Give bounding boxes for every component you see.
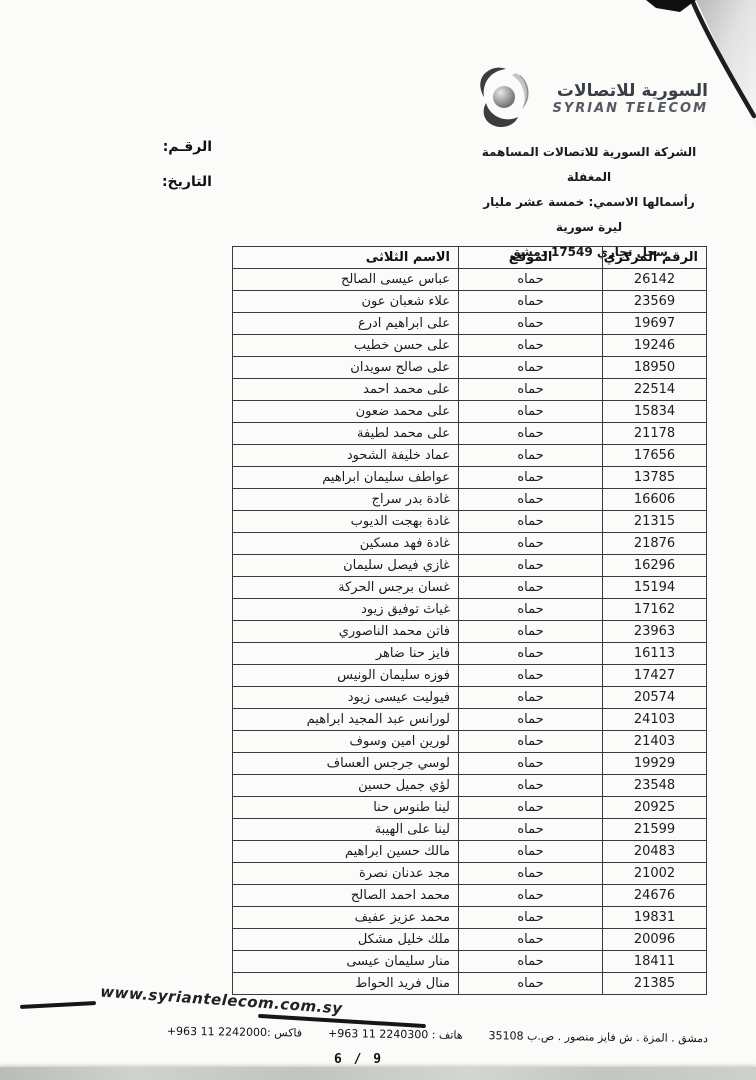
full-name-cell: على محمد احمد <box>233 379 459 401</box>
location-cell: حماه <box>459 401 603 423</box>
table-row: 21876 حماه غادة فهد مسكين <box>233 533 707 555</box>
table-row: 22514 حماه على محمد احمد <box>233 379 707 401</box>
location-cell: حماه <box>459 753 603 775</box>
table-row: 15194 حماه غسان برجس الحركة <box>233 577 707 599</box>
full-name-cell: غازي فيصل سليمان <box>233 555 459 577</box>
central-number-cell: 21178 <box>603 423 707 445</box>
table-row: 19246 حماه على حسن خطيب <box>233 335 707 357</box>
table-row: 18950 حماه على صالح سويدان <box>233 357 707 379</box>
location-cell: حماه <box>459 379 603 401</box>
full-name-cell: منال فريد الحواط <box>233 973 459 995</box>
full-name-cell: علاء شعبان عون <box>233 291 459 313</box>
table-row: 17427 حماه فوزه سليمان الونيس <box>233 665 707 687</box>
central-number-cell: 19697 <box>603 313 707 335</box>
scanned-document-page: { "colors": { "table_border": "#3a3a3a",… <box>0 0 756 1080</box>
central-number-cell: 16113 <box>603 643 707 665</box>
central-number-cell: 19929 <box>603 753 707 775</box>
central-number-cell: 20096 <box>603 929 707 951</box>
full-name-cell: على صالح سويدان <box>233 357 459 379</box>
full-name-cell: لورانس عبد المجيد ابراهيم <box>233 709 459 731</box>
central-number-cell: 18411 <box>603 951 707 973</box>
table-row: 26142 حماه عباس عيسى الصالح <box>233 269 707 291</box>
table-row: 13785 حماه عواطف سليمان ابراهيم <box>233 467 707 489</box>
location-cell: حماه <box>459 357 603 379</box>
full-name-cell: لينا على الهيبة <box>233 819 459 841</box>
central-number-cell: 23548 <box>603 775 707 797</box>
location-cell: حماه <box>459 511 603 533</box>
full-name-cell: محمد عزيز عفيف <box>233 907 459 929</box>
table-row: 24103 حماه لورانس عبد المجيد ابراهيم <box>233 709 707 731</box>
footer-fax: فاكس :+963 11 2242000 <box>167 1025 302 1040</box>
location-cell: حماه <box>459 775 603 797</box>
table-row: 23548 حماه لؤي جميل حسين <box>233 775 707 797</box>
scanner-edge-band <box>0 1067 756 1080</box>
table-row: 23569 حماه علاء شعبان عون <box>233 291 707 313</box>
table-row: 18411 حماه منار سليمان عيسى <box>233 951 707 973</box>
central-number-cell: 20925 <box>603 797 707 819</box>
location-cell: حماه <box>459 973 603 995</box>
table-row: 16113 حماه فايز حنا ضاهر <box>233 643 707 665</box>
central-number-cell: 21002 <box>603 863 707 885</box>
full-name-cell: منار سليمان عيسى <box>233 951 459 973</box>
location-cell: حماه <box>459 709 603 731</box>
full-name-cell: فايز حنا ضاهر <box>233 643 459 665</box>
table-row: 17162 حماه غياث توفيق زيود <box>233 599 707 621</box>
location-cell: حماه <box>459 863 603 885</box>
location-cell: حماه <box>459 335 603 357</box>
full-name-cell: فاتن محمد الناصوري <box>233 621 459 643</box>
central-number-cell: 18950 <box>603 357 707 379</box>
location-cell: حماه <box>459 929 603 951</box>
full-name-cell: لؤي جميل حسين <box>233 775 459 797</box>
location-cell: حماه <box>459 467 603 489</box>
table-row: 21178 حماه على محمد لطيفة <box>233 423 707 445</box>
full-name-cell: عباس عيسى الصالح <box>233 269 459 291</box>
table-row: 15834 حماه على محمد ضعون <box>233 401 707 423</box>
table-row: 23963 حماه فاتن محمد الناصوري <box>233 621 707 643</box>
full-name-cell: محمد احمد الصالح <box>233 885 459 907</box>
central-number-cell: 21403 <box>603 731 707 753</box>
full-name-cell: على محمد لطيفة <box>233 423 459 445</box>
footer-address: دمشق . المزة . ش فايز منصور . ص.ب 35108 <box>488 1029 708 1045</box>
central-number-cell: 17162 <box>603 599 707 621</box>
full-name-cell: على حسن خطيب <box>233 335 459 357</box>
central-number-cell: 15194 <box>603 577 707 599</box>
location-cell: حماه <box>459 423 603 445</box>
full-name-cell: غادة بدر سراج <box>233 489 459 511</box>
footer-rule-left <box>20 1001 96 1008</box>
location-cell: حماه <box>459 313 603 335</box>
location-cell: حماه <box>459 797 603 819</box>
full-name-cell: فيوليت عيسى زيود <box>233 687 459 709</box>
full-name-cell: مجد عدنان نصرة <box>233 863 459 885</box>
location-cell: حماه <box>459 577 603 599</box>
full-name-cell: لورين امين وسوف <box>233 731 459 753</box>
central-number-cell: 21876 <box>603 533 707 555</box>
table-row: 21403 حماه لورين امين وسوف <box>233 731 707 753</box>
full-name-cell: عواطف سليمان ابراهيم <box>233 467 459 489</box>
central-number-cell: 23963 <box>603 621 707 643</box>
central-number-cell: 24676 <box>603 885 707 907</box>
location-cell: حماه <box>459 885 603 907</box>
table-header-row: الرقم المركزي الموقع الاسم الثلاثى <box>233 247 707 269</box>
central-number-cell: 17427 <box>603 665 707 687</box>
full-name-cell: غسان برجس الحركة <box>233 577 459 599</box>
central-number-cell: 21599 <box>603 819 707 841</box>
central-number-cell: 20483 <box>603 841 707 863</box>
central-number-cell: 19831 <box>603 907 707 929</box>
table-row: 21002 حماه مجد عدنان نصرة <box>233 863 707 885</box>
location-cell: حماه <box>459 291 603 313</box>
central-number-cell: 26142 <box>603 269 707 291</box>
full-name-cell: على محمد ضعون <box>233 401 459 423</box>
full-name-cell: على ابراهيم ادرع <box>233 313 459 335</box>
full-name-cell: عماد خليفة الشحود <box>233 445 459 467</box>
central-number-cell: 16296 <box>603 555 707 577</box>
page-indicator: 6 / 9 <box>334 1052 383 1067</box>
location-cell: حماه <box>459 643 603 665</box>
full-name-cell: فوزه سليمان الونيس <box>233 665 459 687</box>
table-row: 24676 حماه محمد احمد الصالح <box>233 885 707 907</box>
footer-contact-line: دمشق . المزة . ش فايز منصور . ص.ب 35108 … <box>108 1024 708 1045</box>
swirl-globe-icon <box>476 65 534 131</box>
table-body: 26142 حماه عباس عيسى الصالح 23569 حماه ع… <box>233 269 707 995</box>
central-number-cell: 19246 <box>603 335 707 357</box>
table-row: 21385 حماه منال فريد الحواط <box>233 973 707 995</box>
table-row: 20096 حماه ملك خليل مشكل <box>233 929 707 951</box>
location-cell: حماه <box>459 445 603 467</box>
location-cell: حماه <box>459 599 603 621</box>
header-central-number: الرقم المركزي <box>603 247 707 269</box>
table-row: 20925 حماه لينا طنوس حنا <box>233 797 707 819</box>
central-number-cell: 16606 <box>603 489 707 511</box>
central-number-cell: 20574 <box>603 687 707 709</box>
location-cell: حماه <box>459 907 603 929</box>
logo-arabic-wordmark: السورية للاتصالات <box>540 81 708 101</box>
header-full-name: الاسم الثلاثى <box>233 247 459 269</box>
location-cell: حماه <box>459 687 603 709</box>
table-row: 16296 حماه غازي فيصل سليمان <box>233 555 707 577</box>
footer-phone: هاتف : +963 11 2240300 <box>328 1027 463 1042</box>
date-label: التاريخ: <box>142 165 212 200</box>
central-number-cell: 21385 <box>603 973 707 995</box>
table-row: 19831 حماه محمد عزيز عفيف <box>233 907 707 929</box>
central-number-cell: 23569 <box>603 291 707 313</box>
table-row: 19697 حماه على ابراهيم ادرع <box>233 313 707 335</box>
header-location: الموقع <box>459 247 603 269</box>
full-name-cell: لوسي جرجس العساف <box>233 753 459 775</box>
company-capital: رأسمالها الاسمي: خمسة عشر مليار ليرة سور… <box>470 190 708 240</box>
location-cell: حماه <box>459 951 603 973</box>
syrian-telecom-logo: السورية للاتصالات SYRIAN TELECOM <box>476 62 708 134</box>
location-cell: حماه <box>459 665 603 687</box>
table-row: 21315 حماه غادة بهجت الديوب <box>233 511 707 533</box>
reference-block: الرقـم: التاريخ: <box>142 130 212 200</box>
location-cell: حماه <box>459 819 603 841</box>
logo-english-wordmark: SYRIAN TELECOM <box>540 101 708 116</box>
table-row: 20574 حماه فيوليت عيسى زيود <box>233 687 707 709</box>
central-number-cell: 13785 <box>603 467 707 489</box>
location-cell: حماه <box>459 555 603 577</box>
location-cell: حماه <box>459 621 603 643</box>
full-name-cell: غادة فهد مسكين <box>233 533 459 555</box>
company-name: الشركة السورية للاتصالات المساهمة المغفل… <box>470 140 708 190</box>
central-number-cell: 21315 <box>603 511 707 533</box>
full-name-cell: لينا طنوس حنا <box>233 797 459 819</box>
ref-number-label: الرقـم: <box>142 130 212 165</box>
location-cell: حماه <box>459 489 603 511</box>
location-cell: حماه <box>459 731 603 753</box>
location-cell: حماه <box>459 533 603 555</box>
location-cell: حماه <box>459 269 603 291</box>
table-row: 17656 حماه عماد خليفة الشحود <box>233 445 707 467</box>
table-row: 16606 حماه غادة بدر سراج <box>233 489 707 511</box>
central-number-cell: 17656 <box>603 445 707 467</box>
central-number-cell: 24103 <box>603 709 707 731</box>
full-name-cell: مالك حسين ابراهيم <box>233 841 459 863</box>
full-name-cell: غادة بهجت الديوب <box>233 511 459 533</box>
location-cell: حماه <box>459 841 603 863</box>
subscriber-roster-table: الرقم المركزي الموقع الاسم الثلاثى 26142… <box>232 246 707 995</box>
full-name-cell: غياث توفيق زيود <box>233 599 459 621</box>
central-number-cell: 22514 <box>603 379 707 401</box>
table-row: 20483 حماه مالك حسين ابراهيم <box>233 841 707 863</box>
table-row: 21599 حماه لينا على الهيبة <box>233 819 707 841</box>
full-name-cell: ملك خليل مشكل <box>233 929 459 951</box>
table-row: 19929 حماه لوسي جرجس العساف <box>233 753 707 775</box>
central-number-cell: 15834 <box>603 401 707 423</box>
